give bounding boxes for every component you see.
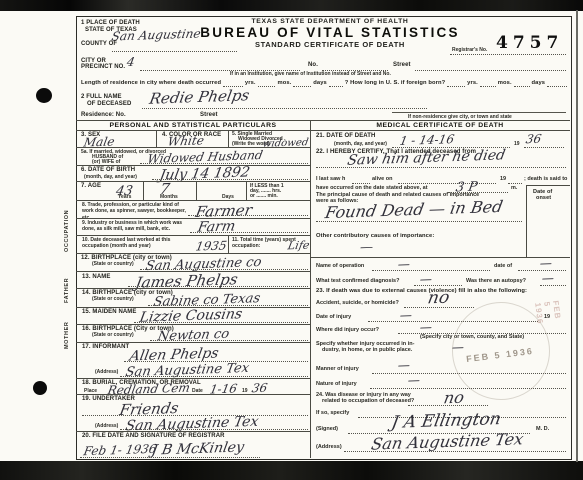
blank-line: [352, 182, 370, 184]
rule: [76, 200, 310, 201]
residence-label: Residence: No.: [81, 112, 126, 119]
certificate-title: STANDARD CERTIFICATE OF DEATH: [190, 40, 470, 49]
external-causes-label: 23. If death was due to external causes …: [316, 288, 527, 295]
date-of-onset-label-2: onset: [536, 195, 551, 202]
father-name-label: 13. NAME: [82, 274, 110, 281]
cell-divider: [156, 130, 157, 147]
blank-line: [398, 182, 496, 184]
of-deceased-label: OF DECEASED: [87, 101, 131, 108]
blank-line: [258, 81, 276, 87]
rule: [76, 120, 570, 121]
last-saw-label-1: I last saw h: [316, 176, 345, 183]
last-saw-label-3: ; death is said to: [524, 176, 567, 183]
full-name-handwritten: Redie Phelps: [148, 86, 251, 107]
last-saw-19: 19: [500, 176, 506, 183]
md-label: M. D.: [536, 426, 549, 433]
blank-line: [188, 214, 308, 216]
rule: [76, 235, 310, 236]
manner-dash: —: [397, 358, 412, 372]
length-of-residence-row: Length of residence in city where death …: [81, 80, 567, 87]
blank-line: [128, 285, 308, 287]
undertaker-address-label: (Address): [95, 423, 118, 429]
rule: [76, 431, 310, 432]
rule: [76, 147, 310, 148]
rule: [76, 130, 570, 131]
foreign-born-label: ? How long in U. S. if foreign born?: [345, 80, 446, 87]
test-label: What test confirmed diagnosis?: [316, 278, 399, 285]
blank-line: [142, 107, 427, 109]
onset-box-top: [526, 185, 570, 186]
father-margin-label: FATHER: [64, 278, 70, 303]
bureau-title: BUREAU OF VITAL STATISTICS: [180, 25, 480, 40]
days-label-2: days: [532, 80, 546, 87]
age-label: 7. AGE: [81, 183, 101, 190]
punch-hole-bottom: [33, 381, 47, 395]
blank-line: [372, 269, 490, 271]
total-time-label-2: occupation:: [232, 243, 260, 249]
punch-hole-top: [36, 88, 52, 103]
blank-line: [447, 81, 465, 87]
blank-line: [404, 306, 474, 308]
file-date-label: 20. FILE DATE AND SIGNATURE OF REGISTRAR: [82, 433, 225, 440]
rule: [76, 342, 310, 343]
blank-line: [112, 50, 237, 52]
blank-line: [140, 162, 308, 164]
rule: [76, 218, 310, 219]
length-label: Length of residence in city where death …: [81, 80, 221, 87]
blank-line: [524, 146, 564, 148]
where-injury-label: Where did injury occur?: [316, 327, 379, 334]
blank-line: [414, 284, 462, 286]
rule: [76, 324, 310, 325]
scan-black-bar-top: [0, 0, 583, 11]
registrar-number: 4757: [496, 33, 563, 53]
contributory-dash: —: [359, 240, 375, 255]
occurred-label: have occurred on the date stated above, …: [316, 185, 428, 192]
mos-label-2: mos.: [498, 80, 512, 87]
if-so-specify-label: If so, specify: [316, 410, 349, 417]
blank-line: [120, 428, 308, 430]
date-of-label: date of: [494, 263, 512, 270]
date-of-death-label: 21. DATE OF DEATH: [316, 133, 375, 140]
cell-divider: [246, 181, 247, 200]
blank-line: [480, 81, 496, 87]
cell-divider: [228, 130, 229, 147]
blank-line: [540, 284, 566, 286]
edge-stamp-text: FEB 5 1936: [533, 300, 563, 326]
dob-sublabel: (month, day, and year): [84, 174, 137, 180]
precinct-no-label: PRECINCT NO.: [81, 64, 125, 71]
less-than-label-3: or ....... min.: [250, 193, 278, 199]
signed-label: (Signed): [316, 426, 338, 433]
mother-birthplace-sublabel: (State or country): [92, 332, 134, 338]
column-divider: [310, 120, 311, 458]
rule: [76, 394, 310, 395]
birthplace12-sublabel: (State or country): [92, 261, 134, 267]
blank-line: [408, 404, 488, 406]
occurred-m-label: m.: [511, 185, 517, 192]
days-label: days: [313, 80, 327, 87]
blank-line: [392, 111, 566, 113]
operation-label: Name of operation: [316, 263, 364, 270]
blank-line: [508, 182, 522, 184]
blank-line: [293, 81, 311, 87]
death-certificate-scan: 1 PLACE OF DEATH STATE OF TEXAS COUNTY O…: [0, 0, 583, 480]
blank-line: [415, 69, 566, 71]
informant-label: 17. INFORMANT: [82, 344, 129, 351]
physician-address-label: (Address): [316, 444, 342, 451]
dod-year-handwritten: 36: [525, 132, 543, 147]
related-label-2: related to occupation of deceased?: [322, 398, 414, 405]
father-birthplace-sublabel: (State or country): [92, 296, 134, 302]
blank-line: [316, 220, 522, 222]
mos-label: mos.: [277, 80, 291, 87]
physician-signature-handwritten: J A Ellington: [390, 409, 503, 433]
blank-line: [450, 53, 566, 55]
mother-margin-label: MOTHER: [64, 322, 70, 349]
blank-line: [518, 269, 566, 271]
nature-dash: —: [407, 373, 422, 387]
scan-black-bar-bottom: [0, 461, 583, 480]
rule: [76, 378, 310, 379]
cell-divider: [143, 181, 144, 200]
nature-of-injury-label: Nature of injury: [316, 381, 357, 388]
last-worked-label: 10. Date deceased last worked at this oc…: [82, 237, 187, 250]
yrs-label-2: yrs.: [467, 80, 478, 87]
blank-line: [80, 456, 260, 458]
blank-line: [190, 231, 308, 233]
rule: [76, 288, 310, 289]
occupation-margin-label: OCCUPATION: [64, 210, 70, 252]
specify-label-2: dustry, in home, or in public place.: [322, 347, 412, 354]
street-label-2: Street: [200, 112, 218, 119]
autopsy-label: Was there an autopsy?: [466, 278, 526, 285]
last-worked-handwritten: 1935: [195, 238, 228, 253]
rule: [310, 257, 570, 258]
personal-section-title: PERSONAL AND STATISTICAL PARTICULARS: [76, 122, 310, 129]
blank-line: [329, 81, 343, 87]
cell-divider: [228, 235, 229, 253]
rule: [76, 253, 310, 254]
blank-line: [316, 166, 566, 168]
rule: [76, 181, 310, 182]
date-of-death-sublabel: (month, day, and year): [334, 141, 387, 147]
no-label: No.: [308, 62, 318, 69]
scan-edge-line: [576, 10, 578, 462]
last-saw-label-2: alive on: [372, 176, 392, 183]
department-title: TEXAS STATE DEPARTMENT OF HEALTH: [190, 18, 470, 25]
maiden-name-label: 15. MAIDEN NAME: [82, 309, 137, 316]
dod-year-prefix: 19: [514, 141, 520, 147]
blank-line: [514, 81, 530, 87]
industry-handwritten: Farm: [196, 218, 236, 235]
accident-label: Accident, suicide, or homicide?: [316, 300, 399, 307]
onset-box-divider: [526, 185, 527, 258]
date-of-injury-label: Date of injury: [316, 314, 351, 321]
blank-line: [150, 339, 308, 341]
manner-of-injury-label: Manner of injury: [316, 366, 359, 373]
street-label: Street: [393, 62, 411, 69]
blank-line: [120, 375, 308, 377]
blank-line: [547, 81, 567, 87]
cell-divider: [196, 181, 197, 200]
blank-line: [344, 450, 566, 452]
informant-address-label: (Address): [95, 369, 118, 375]
institution-note: If in an Institution, give name of Insti…: [230, 71, 391, 77]
contributory-label: Other contributory causes of importance:: [316, 233, 434, 240]
blank-line: [134, 321, 308, 323]
medical-section-title: MEDICAL CERTIFICATE OF DEATH: [310, 122, 570, 129]
blank-line: [140, 268, 308, 270]
industry-label: 9. Industry or business in which work wa…: [82, 220, 187, 233]
blank-line: [152, 178, 308, 180]
total-time-handwritten: Life: [287, 239, 311, 253]
blank-line: [148, 304, 308, 306]
